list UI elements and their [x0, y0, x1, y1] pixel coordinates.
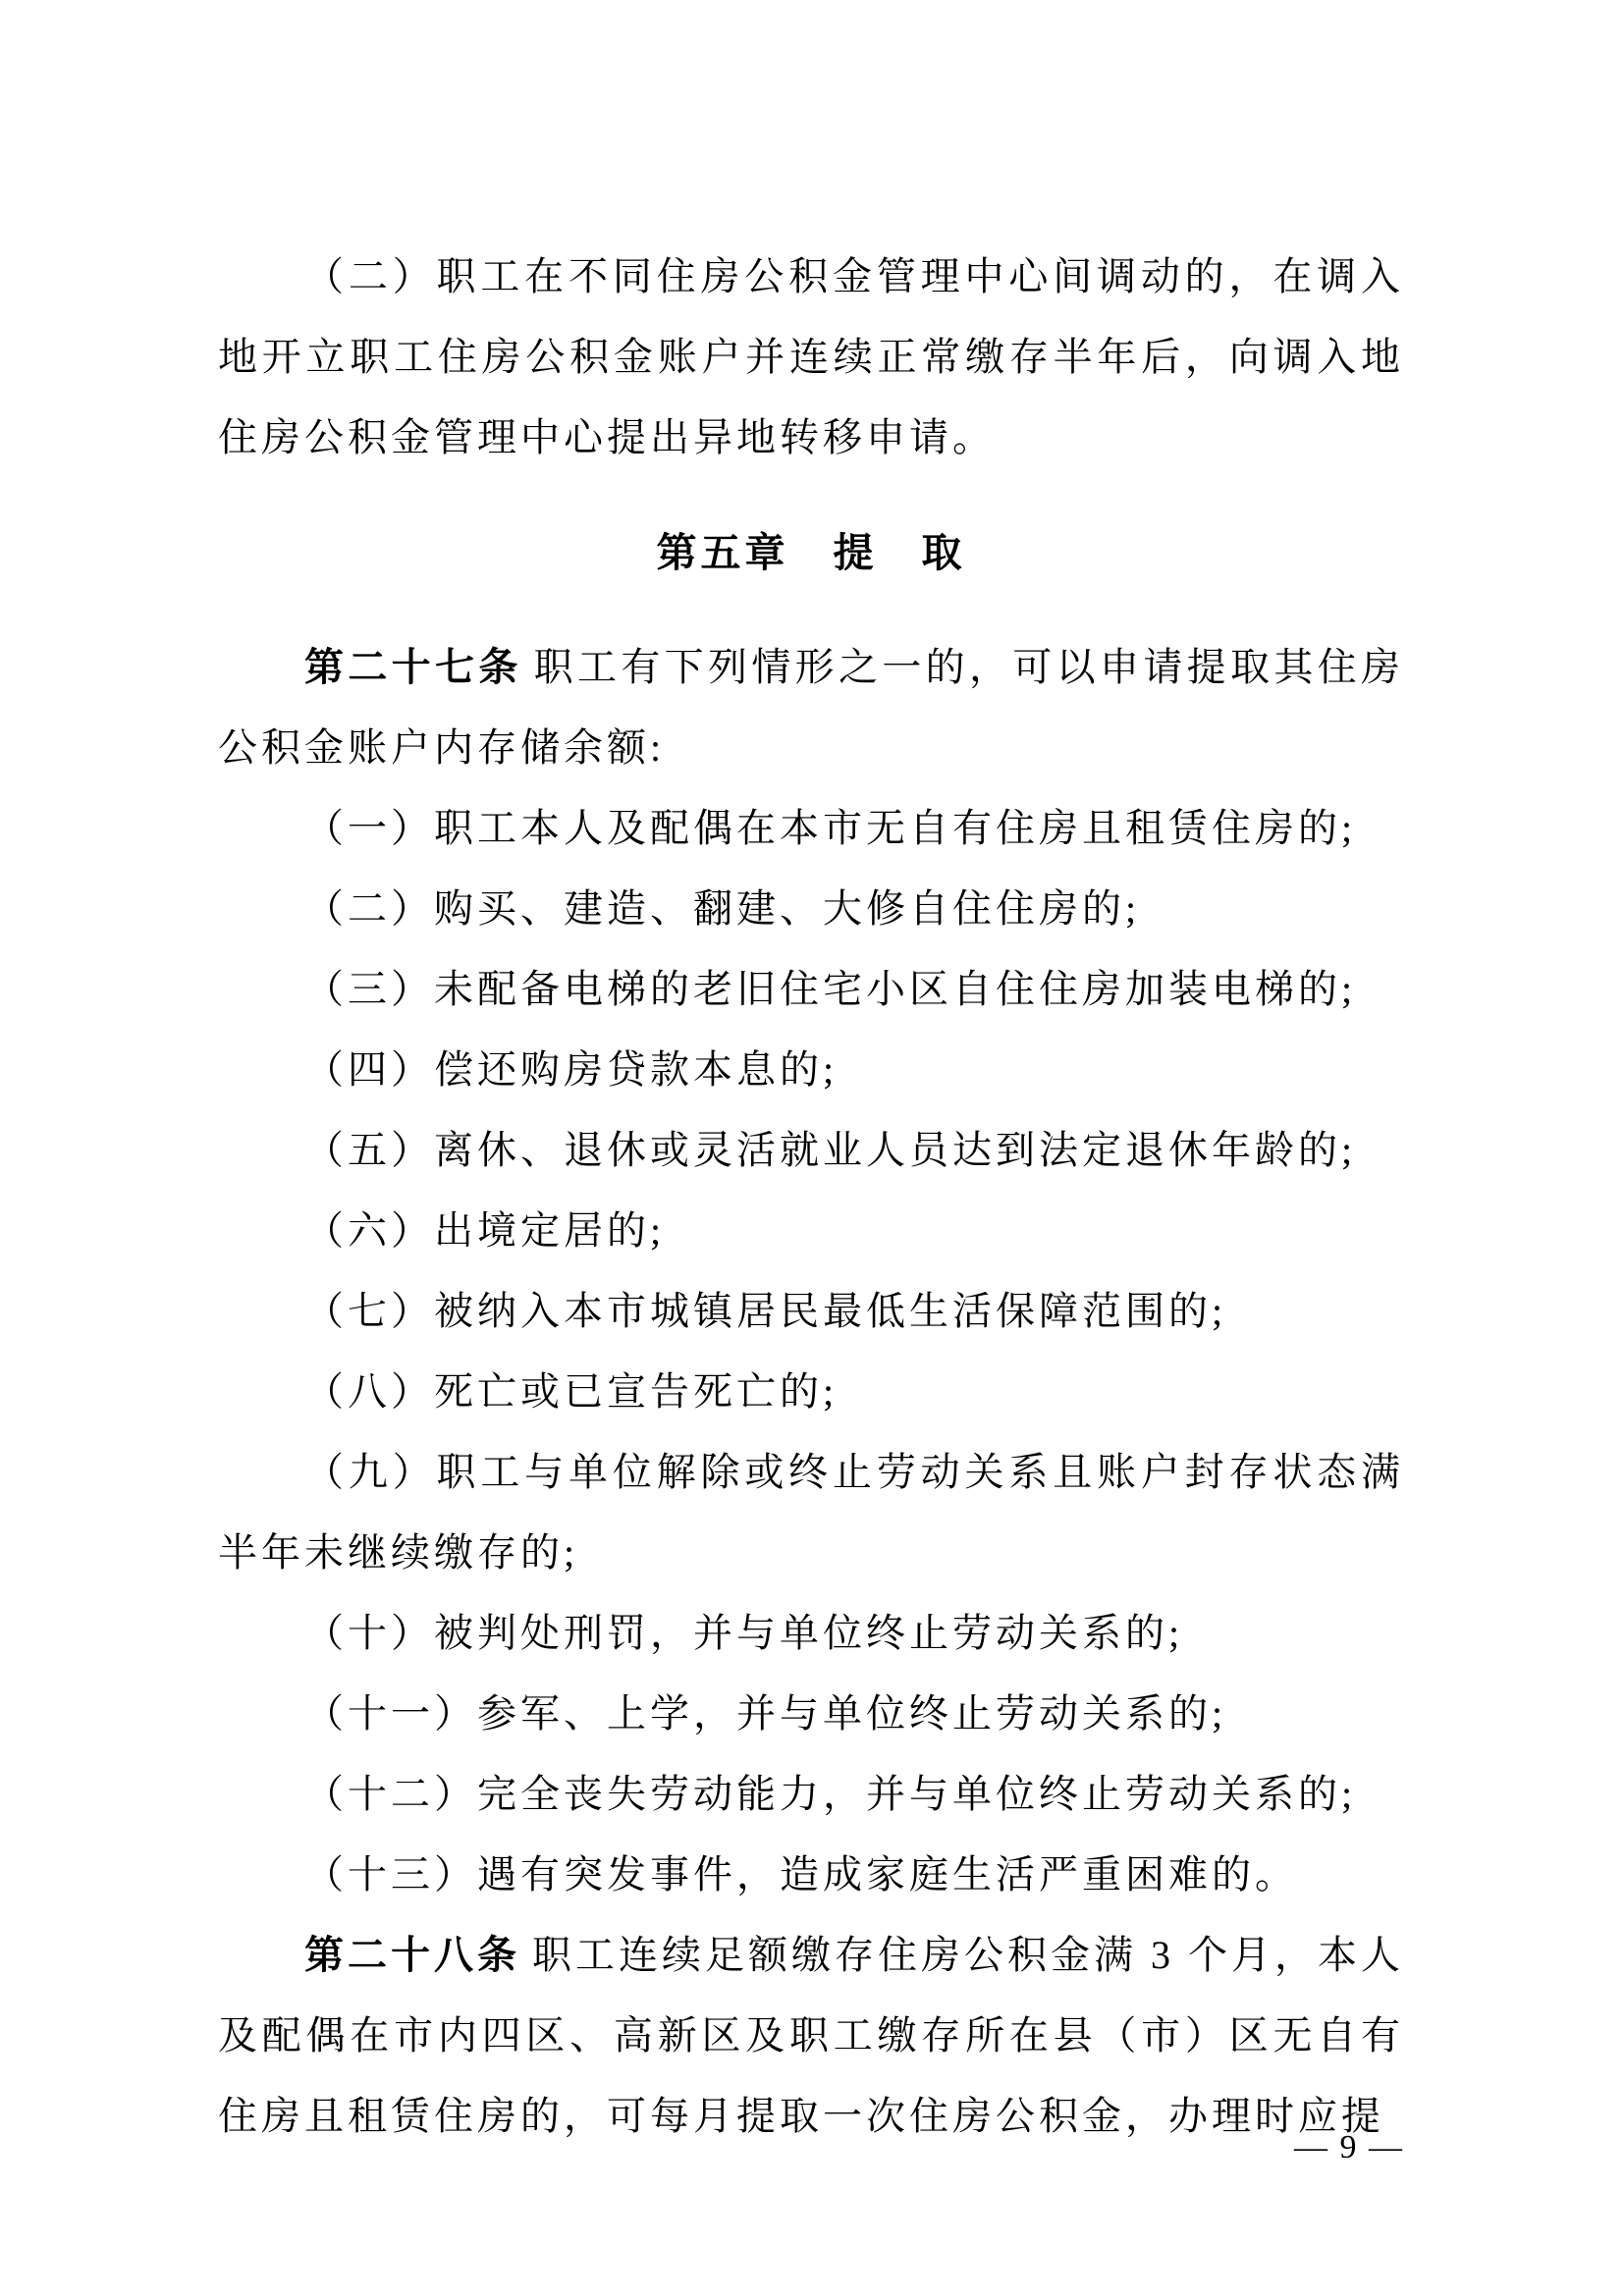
- list-item-3: （三）未配备电梯的老旧住宅小区自住住房加装电梯的;: [218, 949, 1404, 1030]
- page-number: — 9 —: [1294, 2128, 1404, 2167]
- list-item-9: （九）职工与单位解除或终止劳动关系且账户封存状态满半年未继续缴存的;: [218, 1432, 1404, 1593]
- list-item-6: （六）出境定居的;: [218, 1191, 1404, 1271]
- chapter-heading: 第五章 提 取: [218, 512, 1404, 593]
- document-text-block: （二）职工在不同住房公积金管理中心间调动的，在调入地开立职工住房公积金账户并连续…: [218, 237, 1404, 2157]
- list-item-8: （八）死亡或已宣告死亡的;: [218, 1352, 1404, 1432]
- paragraph-article-27: 第二十七条职工有下列情形之一的，可以申请提取其住房公积金账户内存储余额:: [218, 627, 1404, 788]
- paragraph-article-28: 第二十八条职工连续足额缴存住房公积金满 3 个月，本人及配偶在市内四区、高新区及…: [218, 1915, 1404, 2157]
- list-item-7: （七）被纳入本市城镇居民最低生活保障范围的;: [218, 1271, 1404, 1352]
- list-item-2: （二）购买、建造、翻建、大修自住住房的;: [218, 869, 1404, 949]
- article-27-number: 第二十七条: [304, 645, 522, 689]
- list-item-11: （十一）参军、上学，并与单位终止劳动关系的;: [218, 1674, 1404, 1754]
- list-item-13: （十三）遇有突发事件，造成家庭生活严重困难的。: [218, 1835, 1404, 1915]
- paragraph-transfer-clause-2: （二）职工在不同住房公积金管理中心间调动的，在调入地开立职工住房公积金账户并连续…: [218, 237, 1404, 478]
- list-item-1: （一）职工本人及配偶在本市无自有住房且租赁住房的;: [218, 788, 1404, 869]
- list-item-10: （十）被判处刑罚，并与单位终止劳动关系的;: [218, 1593, 1404, 1674]
- document-page: （二）职工在不同住房公积金管理中心间调动的，在调入地开立职工住房公积金账户并连续…: [0, 0, 1624, 2296]
- list-item-5: （五）离休、退休或灵活就业人员达到法定退休年龄的;: [218, 1110, 1404, 1191]
- list-item-12: （十二）完全丧失劳动能力，并与单位终止劳动关系的;: [218, 1754, 1404, 1835]
- article-28-number: 第二十八条: [304, 1933, 520, 1977]
- list-item-4: （四）偿还购房贷款本息的;: [218, 1030, 1404, 1110]
